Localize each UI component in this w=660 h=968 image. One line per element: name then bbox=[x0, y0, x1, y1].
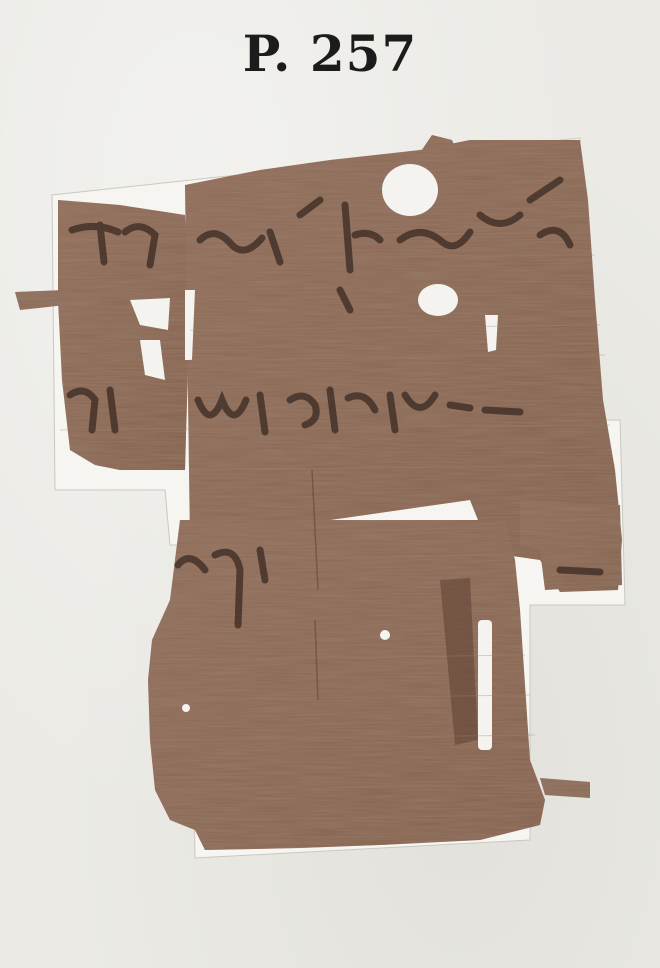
papyrus-fragment-image bbox=[0, 0, 660, 968]
papyrus-body bbox=[15, 135, 622, 850]
